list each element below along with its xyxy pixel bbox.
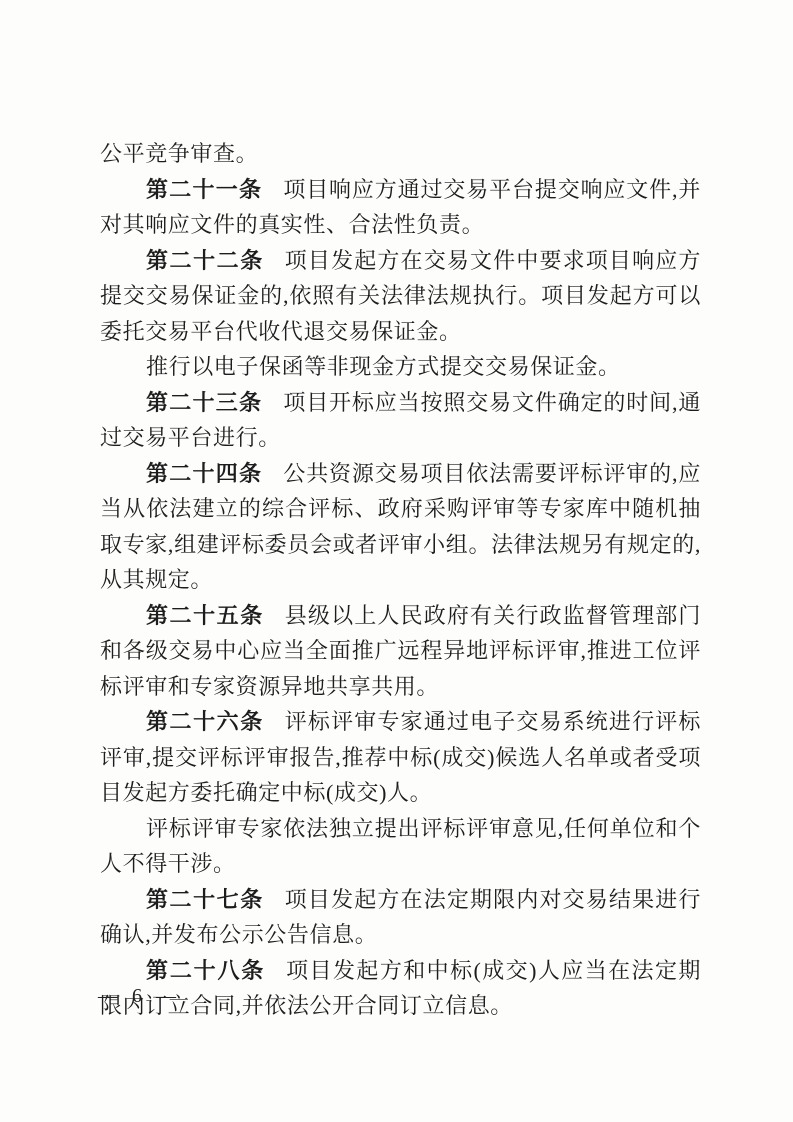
article-number-27: 第二十七条 [146,887,264,912]
article-number-25: 第二十五条 [146,603,264,628]
paragraph-text: 推行以电子保函等非现金方式提交交易保证金。 [146,354,621,379]
paragraph-article-23: 第二十三条项目开标应当按照交易文件确定的时间,通过交易平台进行。 [100,385,701,456]
footer-dash-left: — [98,984,118,1008]
article-number-28: 第二十八条 [146,958,265,983]
paragraph-article-26: 第二十六条评标评审专家通过电子交易系统进行评标评审,提交评标评审报告,推荐中标(… [100,704,701,811]
article-number-26: 第二十六条 [146,709,264,734]
document-body: 公平竞争审查。 第二十一条项目响应方通过交易平台提交响应文件,并对其响应文件的真… [100,136,701,1024]
page-footer: — 6 — [98,984,176,1008]
page-number: 6 [132,984,142,1008]
paragraph-article-22-clause-2: 推行以电子保函等非现金方式提交交易保证金。 [100,349,701,385]
footer-dash-right: — [156,984,176,1008]
article-number-22: 第二十二条 [146,248,264,273]
article-number-23: 第二十三条 [146,390,262,415]
paragraph-article-22: 第二十二条项目发起方在交易文件中要求项目响应方提交交易保证金的,依照有关法律法规… [100,243,701,350]
document-page: 公平竞争审查。 第二十一条项目响应方通过交易平台提交响应文件,并对其响应文件的真… [0,0,793,1122]
paragraph-article-27: 第二十七条项目发起方在法定期限内对交易结果进行确认,并发布公示公告信息。 [100,882,701,953]
article-number-24: 第二十四条 [146,461,262,486]
paragraph-text: 公平竞争审查。 [100,141,258,166]
paragraph-article-25: 第二十五条县级以上人民政府有关行政监督管理部门和各级交易中心应当全面推广远程异地… [100,598,701,705]
paragraph-article-28: 第二十八条项目发起方和中标(成交)人应当在法定期限内订立合同,并依法公开合同订立… [100,953,701,1024]
article-number-21: 第二十一条 [146,177,262,202]
paragraph-article-24: 第二十四条公共资源交易项目依法需要评标评审的,应当从依法建立的综合评标、政府采购… [100,456,701,598]
paragraph-article-26-clause-2: 评标评审专家依法独立提出评标评审意见,任何单位和个人不得干涉。 [100,811,701,882]
paragraph-continuation: 公平竞争审查。 [100,136,701,172]
paragraph-article-21: 第二十一条项目响应方通过交易平台提交响应文件,并对其响应文件的真实性、合法性负责… [100,172,701,243]
paragraph-text: 评标评审专家依法独立提出评标评审意见,任何单位和个人不得干涉。 [100,816,701,877]
